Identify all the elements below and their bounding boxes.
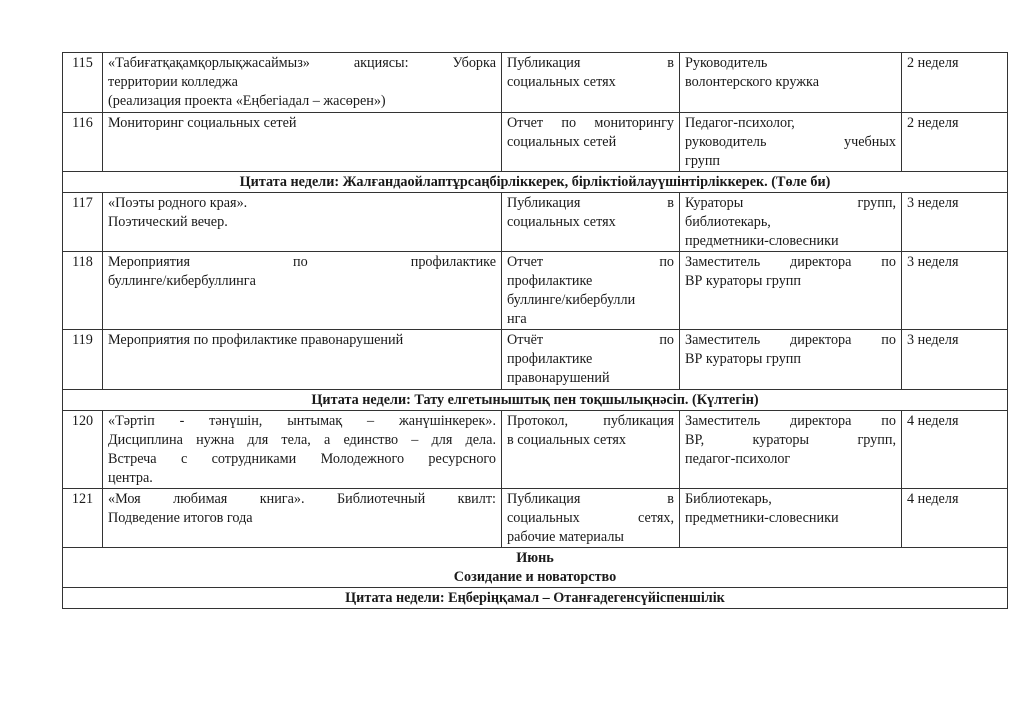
cell-line: Мониторинг социальных сетей: [108, 114, 496, 133]
cell-line: «Моя любимая книга». Библиотечный квилт:: [108, 490, 496, 509]
row-number: 117: [63, 193, 103, 252]
cell-line: Мероприятия по профилактике правонарушен…: [108, 331, 496, 350]
cell-line: центра.: [108, 469, 496, 488]
cell-line: нга: [507, 310, 674, 329]
completion-form-cell: Отчёт попрофилактикеправонарушений: [502, 330, 680, 390]
responsible-cell: Библиотекарь,предметники-словесники: [680, 489, 902, 548]
completion-form-cell: Публикация всоциальных сетях: [502, 53, 680, 113]
cell-line: рабочие материалы: [507, 528, 674, 547]
cell-line: «Поэты родного края».: [108, 194, 496, 213]
cell-line: в социальных сетях: [507, 431, 674, 450]
cell-line: ВР кураторы групп: [685, 350, 896, 369]
event-cell: Мероприятия по профилактике правонарушен…: [103, 330, 502, 390]
deadline-cell: 3 неделя: [902, 193, 1008, 252]
cell-line: буллинге/кибербуллинга: [108, 272, 496, 291]
cell-line: «Тәртіп - тәнүшін, ынтымақ – жанүшінкере…: [108, 412, 496, 431]
cell-line: Публикация в: [507, 194, 674, 213]
deadline-cell: 4 неделя: [902, 489, 1008, 548]
completion-form-cell: Протокол, публикацияв социальных сетях: [502, 411, 680, 489]
cell-line: Заместитель директора по: [685, 331, 896, 350]
events-plan-table: 115«Табиғатқақамқорлықжасаймыз» акциясы:…: [62, 52, 1008, 609]
cell-line: руководитель учебных: [685, 133, 896, 152]
cell-line: Дисциплина нужна для тела, а единство – …: [108, 431, 496, 450]
table-row: 119Мероприятия по профилактике правонару…: [63, 330, 1008, 390]
quote-of-week-row: Цитата недели: Жалғандаойлаптұрсаңбірлік…: [63, 172, 1008, 193]
quote-of-week-row: Цитата недели: Еңберіңқамал – Отанғадеге…: [63, 588, 1008, 609]
month-header: ИюньСозидание и новаторство: [63, 548, 1008, 588]
month-theme: Созидание и новаторство: [68, 568, 1002, 587]
quote-of-week: Цитата недели: Еңберіңқамал – Отанғадеге…: [63, 588, 1008, 609]
cell-line: Протокол, публикация: [507, 412, 674, 431]
cell-line: Заместитель директора по: [685, 412, 896, 431]
cell-line: «Табиғатқақамқорлықжасаймыз» акциясы: Уб…: [108, 54, 496, 73]
cell-line: Педагог-психолог,: [685, 114, 896, 133]
cell-line: буллинге/кибербулли: [507, 291, 674, 310]
cell-line: ВР, кураторы групп,: [685, 431, 896, 450]
table-row: 115«Табиғатқақамқорлықжасаймыз» акциясы:…: [63, 53, 1008, 113]
row-number: 115: [63, 53, 103, 113]
completion-form-cell: Публикация всоциальных сетях: [502, 193, 680, 252]
deadline-cell: 2 неделя: [902, 53, 1008, 113]
deadline-cell: 3 неделя: [902, 330, 1008, 390]
responsible-cell: Заместитель директора поВР, кураторы гру…: [680, 411, 902, 489]
cell-line: Подведение итогов года: [108, 509, 496, 528]
deadline-cell: 2 неделя: [902, 113, 1008, 172]
cell-line: социальных сетях,: [507, 509, 674, 528]
cell-line: профилактике: [507, 272, 674, 291]
completion-form-cell: Отчет по мониторингусоциальных сетей: [502, 113, 680, 172]
event-cell: «Тәртіп - тәнүшін, ынтымақ – жанүшінкере…: [103, 411, 502, 489]
cell-line: предметники-словесники: [685, 509, 896, 528]
responsible-cell: Руководительволонтерского кружка: [680, 53, 902, 113]
cell-line: библиотекарь,: [685, 213, 896, 232]
quote-of-week: Цитата недели: Жалғандаойлаптұрсаңбірлік…: [63, 172, 1008, 193]
cell-line: Кураторы групп,: [685, 194, 896, 213]
cell-line: территории колледжа: [108, 73, 496, 92]
cell-line: Отчёт по: [507, 331, 674, 350]
cell-line: профилактике: [507, 350, 674, 369]
row-number: 116: [63, 113, 103, 172]
event-cell: «Табиғатқақамқорлықжасаймыз» акциясы: Уб…: [103, 53, 502, 113]
cell-line: Поэтический вечер.: [108, 213, 496, 232]
month-header-row: ИюньСозидание и новаторство: [63, 548, 1008, 588]
cell-line: предметники-словесники: [685, 232, 896, 251]
cell-line: Руководитель: [685, 54, 896, 73]
cell-line: волонтерского кружка: [685, 73, 896, 92]
cell-line: Отчет по мониторингу: [507, 114, 674, 133]
cell-line: Отчет по: [507, 253, 674, 272]
event-cell: «Поэты родного края».Поэтический вечер.: [103, 193, 502, 252]
deadline-cell: 3 неделя: [902, 252, 1008, 330]
responsible-cell: Кураторы групп,библиотекарь,предметники-…: [680, 193, 902, 252]
responsible-cell: Педагог-психолог,руководитель учебныхгру…: [680, 113, 902, 172]
cell-line: Публикация в: [507, 490, 674, 509]
table-row: 117«Поэты родного края».Поэтический вече…: [63, 193, 1008, 252]
cell-line: групп: [685, 152, 896, 171]
cell-line: (реализация проекта «Еңбегіадал – жасөре…: [108, 92, 496, 111]
cell-line: Встреча с сотрудниками Молодежного ресур…: [108, 450, 496, 469]
row-number: 119: [63, 330, 103, 390]
cell-line: социальных сетей: [507, 133, 674, 152]
cell-line: правонарушений: [507, 369, 674, 388]
table-body: 115«Табиғатқақамқорлықжасаймыз» акциясы:…: [63, 53, 1008, 609]
cell-line: Библиотекарь,: [685, 490, 896, 509]
cell-line: ВР кураторы групп: [685, 272, 896, 291]
responsible-cell: Заместитель директора поВР кураторы груп…: [680, 252, 902, 330]
table-row: 118Мероприятия по профилактикебуллинге/к…: [63, 252, 1008, 330]
event-cell: Мониторинг социальных сетей: [103, 113, 502, 172]
cell-line: социальных сетях: [507, 73, 674, 92]
document-page: 115«Табиғатқақамқорлықжасаймыз» акциясы:…: [62, 52, 1007, 609]
event-cell: Мероприятия по профилактикебуллинге/кибе…: [103, 252, 502, 330]
cell-line: социальных сетях: [507, 213, 674, 232]
row-number: 121: [63, 489, 103, 548]
event-cell: «Моя любимая книга». Библиотечный квилт:…: [103, 489, 502, 548]
cell-line: Мероприятия по профилактике: [108, 253, 496, 272]
quote-of-week-row: Цитата недели: Тату елгетыныштық пен тоқ…: [63, 390, 1008, 411]
deadline-cell: 4 неделя: [902, 411, 1008, 489]
completion-form-cell: Отчет попрофилактикебуллинге/кибербуллин…: [502, 252, 680, 330]
month-name: Июнь: [68, 549, 1002, 568]
cell-line: Публикация в: [507, 54, 674, 73]
quote-of-week: Цитата недели: Тату елгетыныштық пен тоқ…: [63, 390, 1008, 411]
completion-form-cell: Публикация всоциальных сетях,рабочие мат…: [502, 489, 680, 548]
responsible-cell: Заместитель директора поВР кураторы груп…: [680, 330, 902, 390]
row-number: 118: [63, 252, 103, 330]
row-number: 120: [63, 411, 103, 489]
cell-line: педагог-психолог: [685, 450, 896, 469]
table-row: 116Мониторинг социальных сетейОтчет по м…: [63, 113, 1008, 172]
table-row: 121«Моя любимая книга». Библиотечный кви…: [63, 489, 1008, 548]
table-row: 120«Тәртіп - тәнүшін, ынтымақ – жанүшінк…: [63, 411, 1008, 489]
cell-line: Заместитель директора по: [685, 253, 896, 272]
